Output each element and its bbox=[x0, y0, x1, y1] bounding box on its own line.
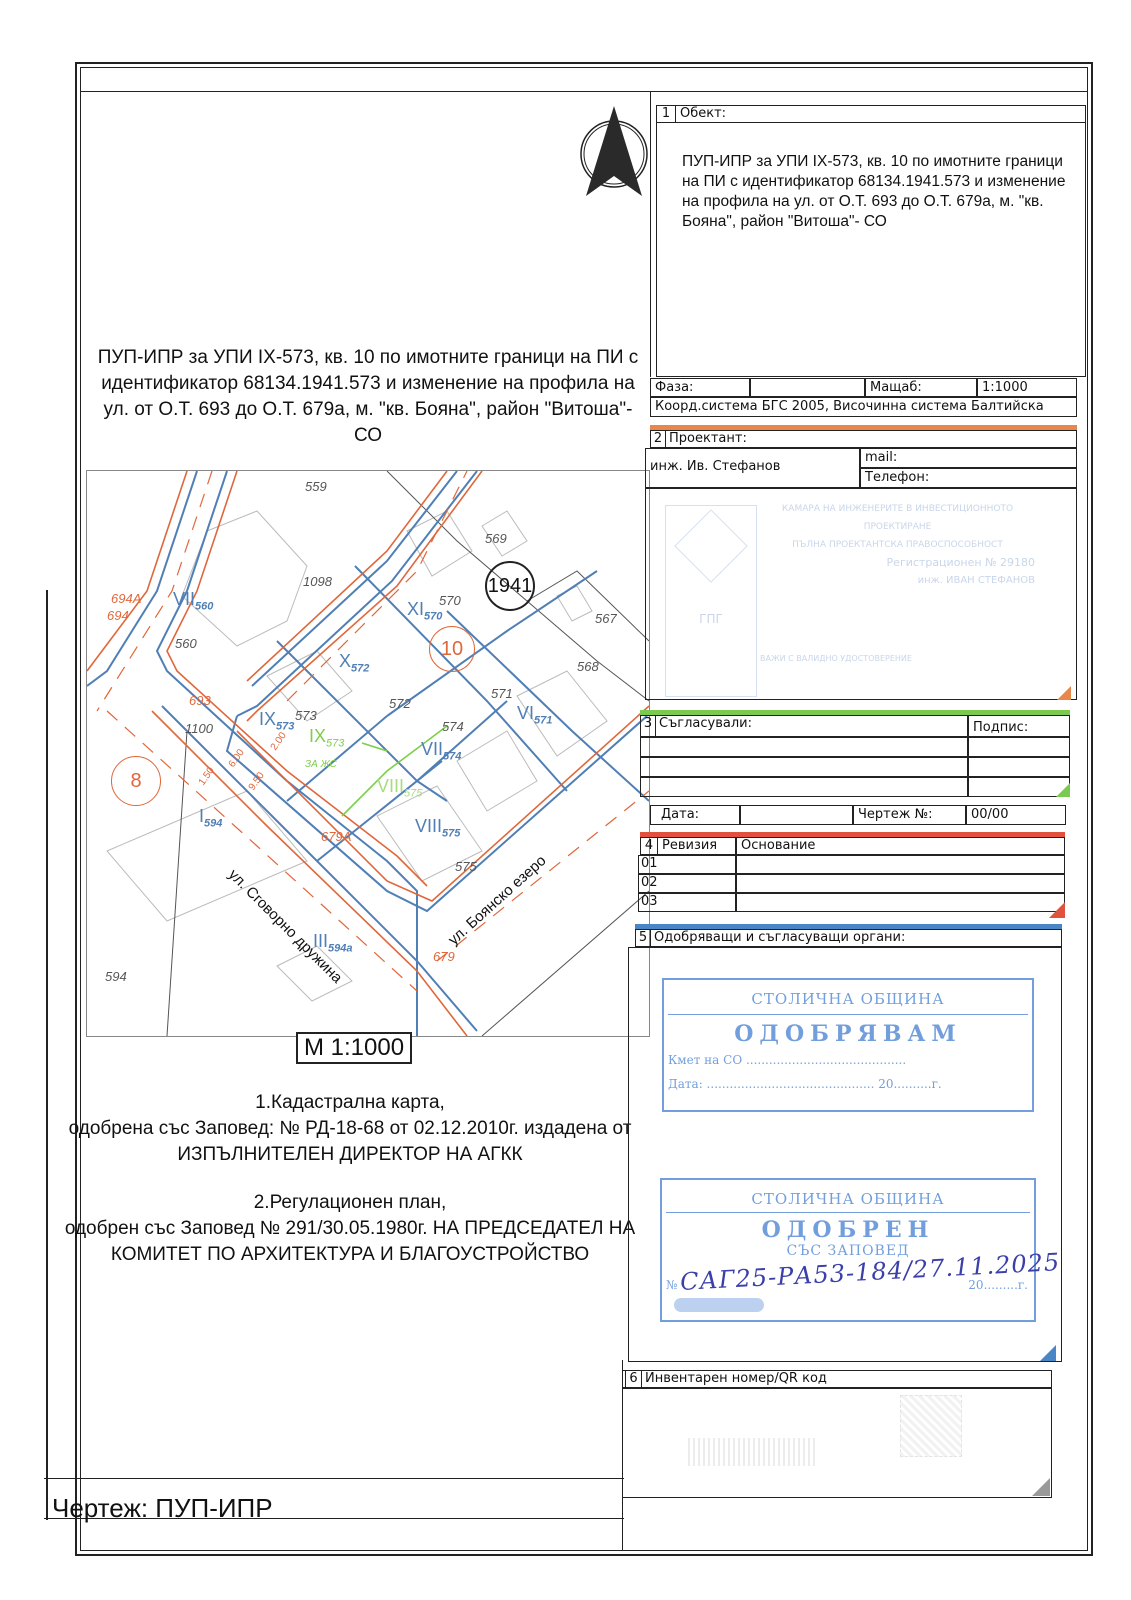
divider-upper bbox=[650, 92, 651, 377]
designer-stamp-logo: ГПГ bbox=[665, 505, 757, 697]
new-upi-label: VIII575 bbox=[377, 776, 422, 800]
quarter-badge: 8 bbox=[111, 756, 161, 806]
signature-cell[interactable] bbox=[968, 777, 1070, 797]
basis-header: Основание bbox=[736, 837, 1065, 855]
scale-field-label: Мащаб: bbox=[865, 378, 977, 397]
signature-label: Подпис: bbox=[968, 715, 1070, 737]
scale-field-value: 1:1000 bbox=[977, 378, 1077, 397]
designer-stamp-text: КАМАРА НА ИНЖЕНЕРИТЕ В ИНВЕСТИЦИОННОТО П… bbox=[760, 500, 1035, 668]
section-number: 3 bbox=[640, 715, 656, 737]
divider-lower bbox=[622, 1360, 623, 1550]
signature-cell[interactable] bbox=[968, 737, 1070, 757]
signature-cell[interactable] bbox=[968, 757, 1070, 777]
barcode-icon bbox=[688, 1438, 818, 1466]
section-5-corner bbox=[1040, 1345, 1056, 1361]
revision-header: Ревизия bbox=[658, 837, 736, 855]
approvers-row[interactable] bbox=[640, 737, 968, 757]
parcel-label: 572 bbox=[389, 696, 411, 711]
parcel-label: 560 bbox=[175, 636, 197, 651]
approvers-row[interactable] bbox=[640, 777, 968, 797]
survey-point: 693 bbox=[189, 693, 211, 708]
survey-point: 679A bbox=[321, 829, 351, 844]
upi-label: VI571 bbox=[517, 703, 552, 727]
drawing-label-top-line bbox=[44, 1478, 624, 1479]
revision-basis[interactable] bbox=[736, 893, 1065, 912]
parcel-label: 573 bbox=[295, 708, 317, 723]
drawing-no-value: 00/00 bbox=[966, 805, 1066, 825]
section-number: 2 bbox=[650, 430, 666, 448]
north-arrow-icon bbox=[576, 104, 652, 204]
qr-code-icon bbox=[900, 1395, 962, 1457]
survey-point: 679 bbox=[433, 949, 455, 964]
top-margin-line bbox=[80, 91, 1088, 92]
revision-basis[interactable] bbox=[736, 874, 1065, 893]
upi-label: I594 bbox=[199, 806, 222, 830]
revision-row: 03 bbox=[638, 893, 736, 912]
new-upi-note: ЗА ЖС bbox=[305, 759, 337, 770]
coordinate-system: Коорд.система БГС 2005, Височинна систем… bbox=[650, 397, 1077, 417]
left-edge-line bbox=[46, 590, 48, 1520]
object-description: ПУП-ИПР за УПИ IX-573, кв. 10 по имотнит… bbox=[682, 152, 1082, 232]
section-6-corner bbox=[1032, 1478, 1050, 1496]
parcel-label: 575 bbox=[455, 859, 477, 874]
page-title: ПУП-ИПР за УПИ IX-573, кв. 10 по имотнит… bbox=[88, 345, 648, 449]
revision-basis[interactable] bbox=[736, 855, 1065, 874]
scale-label: М 1:1000 bbox=[296, 1032, 412, 1064]
parcel-label: 559 bbox=[305, 479, 327, 494]
section-object bbox=[656, 105, 1086, 377]
parcel-label: 574 bbox=[442, 719, 464, 734]
note-1: 1.Кадастрална карта,одобрена със Заповед… bbox=[60, 1090, 640, 1168]
upi-label: VIII575 bbox=[415, 816, 460, 840]
revision-row: 01 bbox=[638, 855, 736, 874]
section-4-corner bbox=[1049, 902, 1065, 918]
cadastral-map: 559 560 569 570 567 568 571 572 573 574 … bbox=[86, 470, 650, 1037]
qr-code-area bbox=[622, 1388, 1052, 1498]
upi-label: XI570 bbox=[407, 599, 442, 623]
phase-label: Фаза: bbox=[650, 378, 750, 397]
mail-label: mail: bbox=[860, 448, 1077, 468]
date-value bbox=[740, 805, 853, 825]
section-label: Инвентарен номер/QR код bbox=[642, 1370, 1052, 1388]
section-label: Съгласували: bbox=[656, 715, 968, 737]
new-upi-label: IX573 bbox=[309, 726, 344, 750]
parcel-label: 569 bbox=[485, 531, 507, 546]
designer-name: инж. Ив. Стефанов bbox=[645, 448, 860, 488]
parcel-label: 594 bbox=[105, 969, 127, 984]
section-number: 6 bbox=[625, 1370, 642, 1388]
survey-point: 694A bbox=[111, 591, 141, 606]
drawing-no-label: Чертеж №: bbox=[853, 805, 966, 825]
quarter-badge: 10 bbox=[429, 626, 475, 672]
map-drawing bbox=[87, 471, 649, 1036]
revision-row: 02 bbox=[638, 874, 736, 893]
section-label: Одобряващи и съгласуващи органи: bbox=[651, 929, 1062, 947]
upi-label: IX573 bbox=[259, 709, 294, 733]
section-number: 4 bbox=[640, 837, 658, 855]
section-3-corner bbox=[1056, 783, 1070, 797]
block-number-badge: 1941 bbox=[485, 561, 535, 611]
parcel-label: 1098 bbox=[303, 574, 332, 589]
phone-label: Телефон: bbox=[860, 468, 1077, 488]
notes: 1.Кадастрална карта,одобрена със Заповед… bbox=[60, 1090, 640, 1290]
drawing-label: Чертеж: ПУП-ИПР bbox=[52, 1493, 273, 1524]
redaction-mark bbox=[674, 1298, 764, 1312]
approvers-row[interactable] bbox=[640, 757, 968, 777]
section-number: 5 bbox=[635, 929, 651, 947]
parcel-label: 571 bbox=[491, 686, 513, 701]
section-number: 1 bbox=[656, 105, 676, 123]
section-label: Проектант: bbox=[666, 430, 1077, 448]
parcel-label: 568 bbox=[577, 659, 599, 674]
survey-point: 694 bbox=[107, 608, 129, 623]
upi-label: VII574 bbox=[421, 739, 461, 763]
stamp-approve: СТОЛИЧНА ОБЩИНА ОДОБРЯВАМ Кмет на СО ...… bbox=[662, 978, 1034, 1112]
parcel-label: 567 bbox=[595, 611, 617, 626]
date-label: Дата: bbox=[650, 805, 740, 825]
section-2-corner bbox=[1057, 686, 1071, 700]
parcel-label: 1100 bbox=[185, 721, 213, 736]
section-label: Обект: bbox=[676, 105, 1086, 123]
upi-label: VII560 bbox=[173, 589, 213, 613]
upi-label: X572 bbox=[339, 651, 369, 675]
note-2: 2.Регулационен план,одобрен със Заповед … bbox=[60, 1190, 640, 1268]
phase-value bbox=[750, 378, 865, 397]
